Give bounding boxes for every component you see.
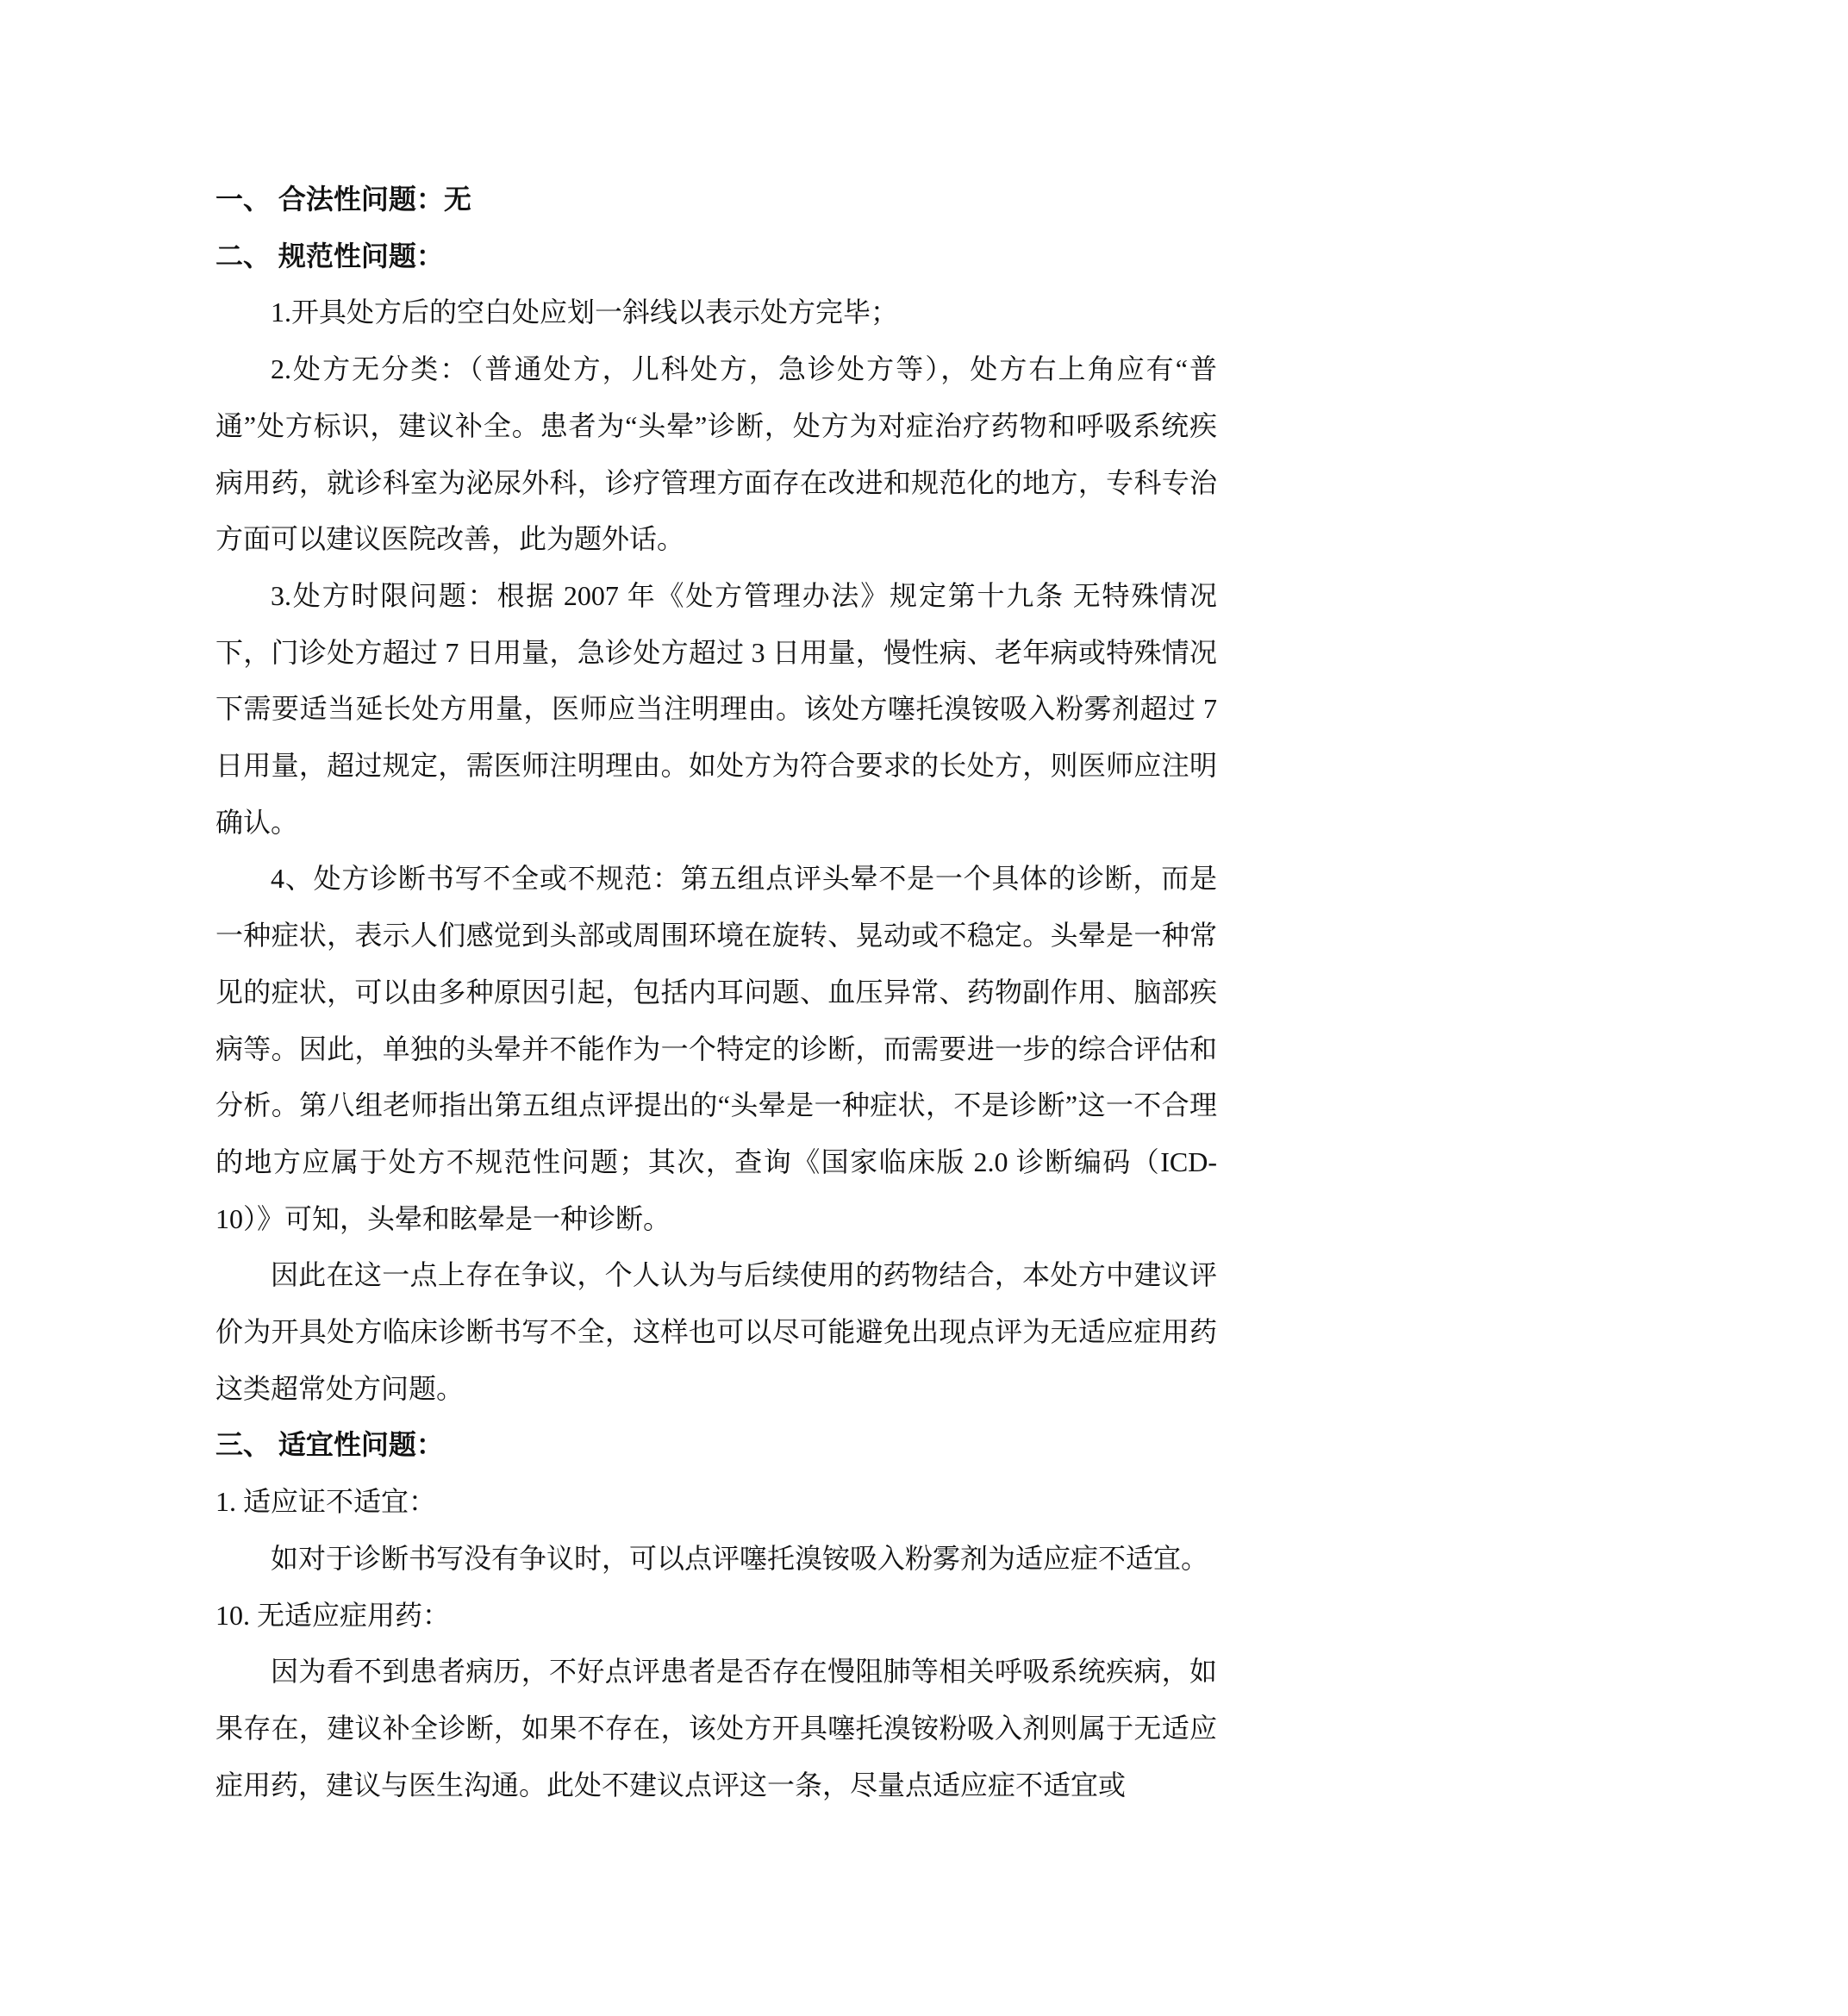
document-page: 一、 合法性问题：无二、 规范性问题：1.开具处方后的空白处应划一斜线以表示处方… [0, 0, 1848, 2016]
paragraph: 4、处方诊断书写不全或不规范：第五组点评头晕不是一个具体的诊断，而是一种症状，表… [215, 851, 1217, 1247]
paragraph: 因此在这一点上存在争议，个人认为与后续使用的药物结合，本处方中建议评价为开具处方… [215, 1247, 1217, 1417]
paragraph: 3.处方时限问题：根据 2007 年《处方管理办法》规定第十九条 无特殊情况下，… [215, 568, 1217, 852]
section-heading: 三、 适宜性问题： [215, 1417, 1217, 1474]
paragraph: 如对于诊断书写没有争议时，可以点评噻托溴铵吸入粉雾剂为适应症不适宜。 [215, 1531, 1217, 1588]
document-text-block: 一、 合法性问题：无二、 规范性问题：1.开具处方后的空白处应划一斜线以表示处方… [215, 172, 1217, 1813]
paragraph: 10. 无适应症用药： [215, 1588, 1217, 1645]
section-heading: 一、 合法性问题：无 [215, 172, 1217, 228]
paragraph: 1. 适应证不适宜： [215, 1474, 1217, 1531]
paragraph: 1.开具处方后的空白处应划一斜线以表示处方完毕； [215, 284, 1217, 341]
paragraph: 因为看不到患者病历，不好点评患者是否存在慢阻肺等相关呼吸系统疾病，如果存在，建议… [215, 1644, 1217, 1813]
section-heading: 二、 规范性问题： [215, 228, 1217, 285]
paragraph: 2.处方无分类：（普通处方，儿科处方，急诊处方等），处方右上角应有“普通”处方标… [215, 341, 1217, 568]
